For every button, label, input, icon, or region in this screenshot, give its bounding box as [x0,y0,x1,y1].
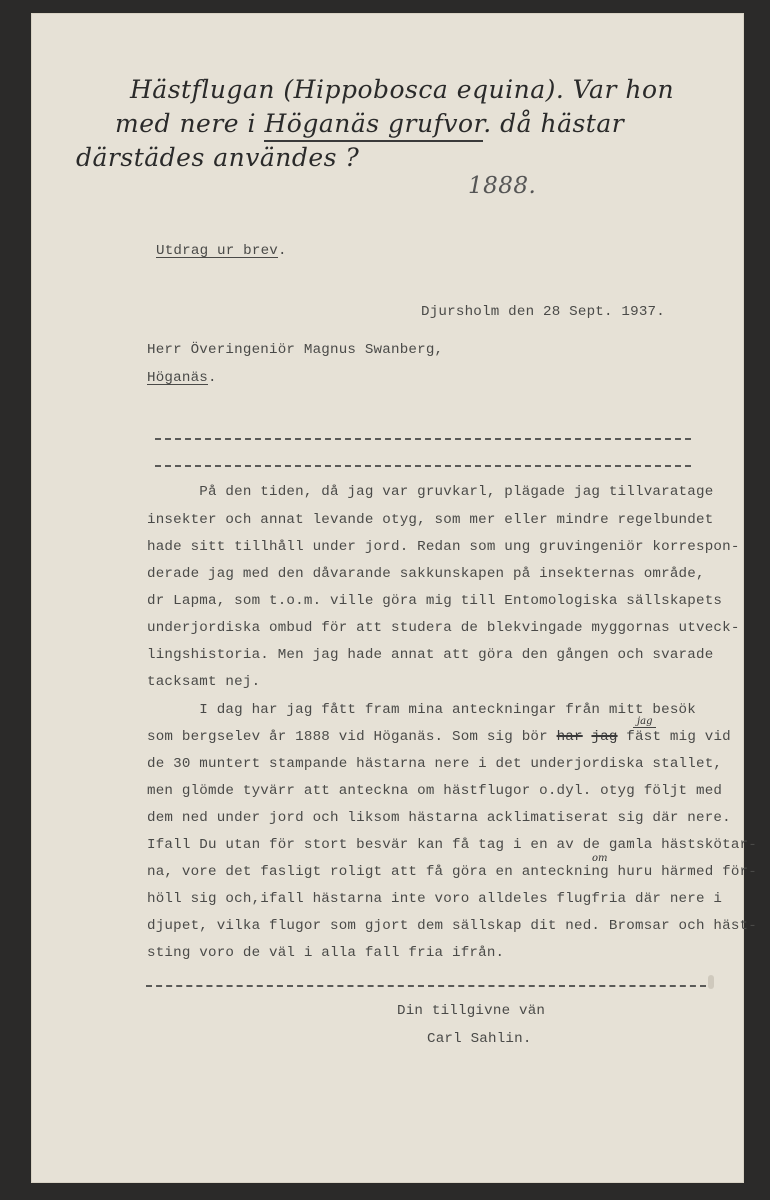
text-line: derade jag med den dåvarande sakkunskape… [147,566,705,582]
letter-heading: Utdrag ur brev. [156,243,287,259]
document-page: Hästflugan (Hippobosca equina). Var hon … [31,13,744,1183]
text-line: men glömde tyvärr att anteckna om hästfl… [147,783,722,799]
text-line: djupet, vilka flugor som gjort dem sälls… [147,918,757,934]
text-segment: huru härmed för- [609,864,757,880]
text-line: dem ned under jord och liksom hästarna a… [147,810,731,826]
text-line: Ifall Du utan för stort besvär kan få ta… [147,837,757,853]
city-period: . [208,370,217,386]
text-line: dr Lapma, som t.o.m. ville göra mig till… [147,593,722,609]
text-line: de 30 muntert stampande hästarna nere i … [147,756,722,772]
handwritten-underlined-place: Höganäs grufvor [264,109,483,142]
heading-text: Utdrag ur brev [156,243,278,259]
handwritten-text: . då hästar [483,109,624,138]
struck-word: har [557,729,583,745]
text-segment: fäst [618,729,662,745]
text-line: På den tiden, då jag var gruvkarl, pläga… [147,484,713,500]
handwritten-line-3: därstädes användes ? [76,143,359,172]
text-line: sting voro de väl i alla fall fria ifrån… [147,945,504,961]
text-line-with-insertion: na, vore det fasligt roligt att få göra … [147,864,757,880]
dashed-separator-2 [155,465,691,467]
dashed-separator-1 [155,438,691,440]
closing: Din tillgivne vän [397,1003,545,1019]
handwritten-insertion-jag: jag [633,716,656,728]
text-line: hade sitt tillhåll under jord. Redan som… [147,539,740,555]
recipient-name: Herr Överingeniör Magnus Swanberg, [147,342,443,358]
handwritten-line-2: med nere i Höganäs grufvor. då hästar [115,109,624,138]
place-date: Djursholm den 28 Sept. 1937. [421,304,665,320]
text-line: insekter och annat levande otyg, som mer… [147,512,713,528]
heading-period: . [278,243,287,259]
handwritten-text: med nere i [115,109,264,138]
text-line-with-corrections: som bergselev år 1888 vid Höganäs. Som s… [147,729,731,745]
text-line: tacksamt nej. [147,674,260,690]
handwritten-year: 1888. [468,173,536,199]
text-line: I dag har jag fått fram mina anteckninga… [147,702,696,718]
text-line: höll sig och,ifall hästarna inte voro al… [147,891,722,907]
text-segment: mig vid [661,729,731,745]
text-line: underjordiska ombud för att studera de b… [147,620,740,636]
text-line: lingshistoria. Men jag hade annat att gö… [147,647,713,663]
recipient-city: Höganäs. [147,370,217,386]
text-segment: som bergselev år 1888 vid Höganäs. Som s… [147,729,557,745]
paper-smudge [708,975,714,989]
dashed-separator-3 [146,985,706,987]
handwritten-line-1: Hästflugan (Hippobosca equina). Var hon [130,75,674,104]
city-text: Höganäs [147,370,208,386]
handwritten-insertion-om: om [592,853,608,864]
signature: Carl Sahlin. [427,1031,532,1047]
text-segment: na, vore det fasligt roligt att få göra … [147,864,609,880]
struck-word: jag [591,729,617,745]
